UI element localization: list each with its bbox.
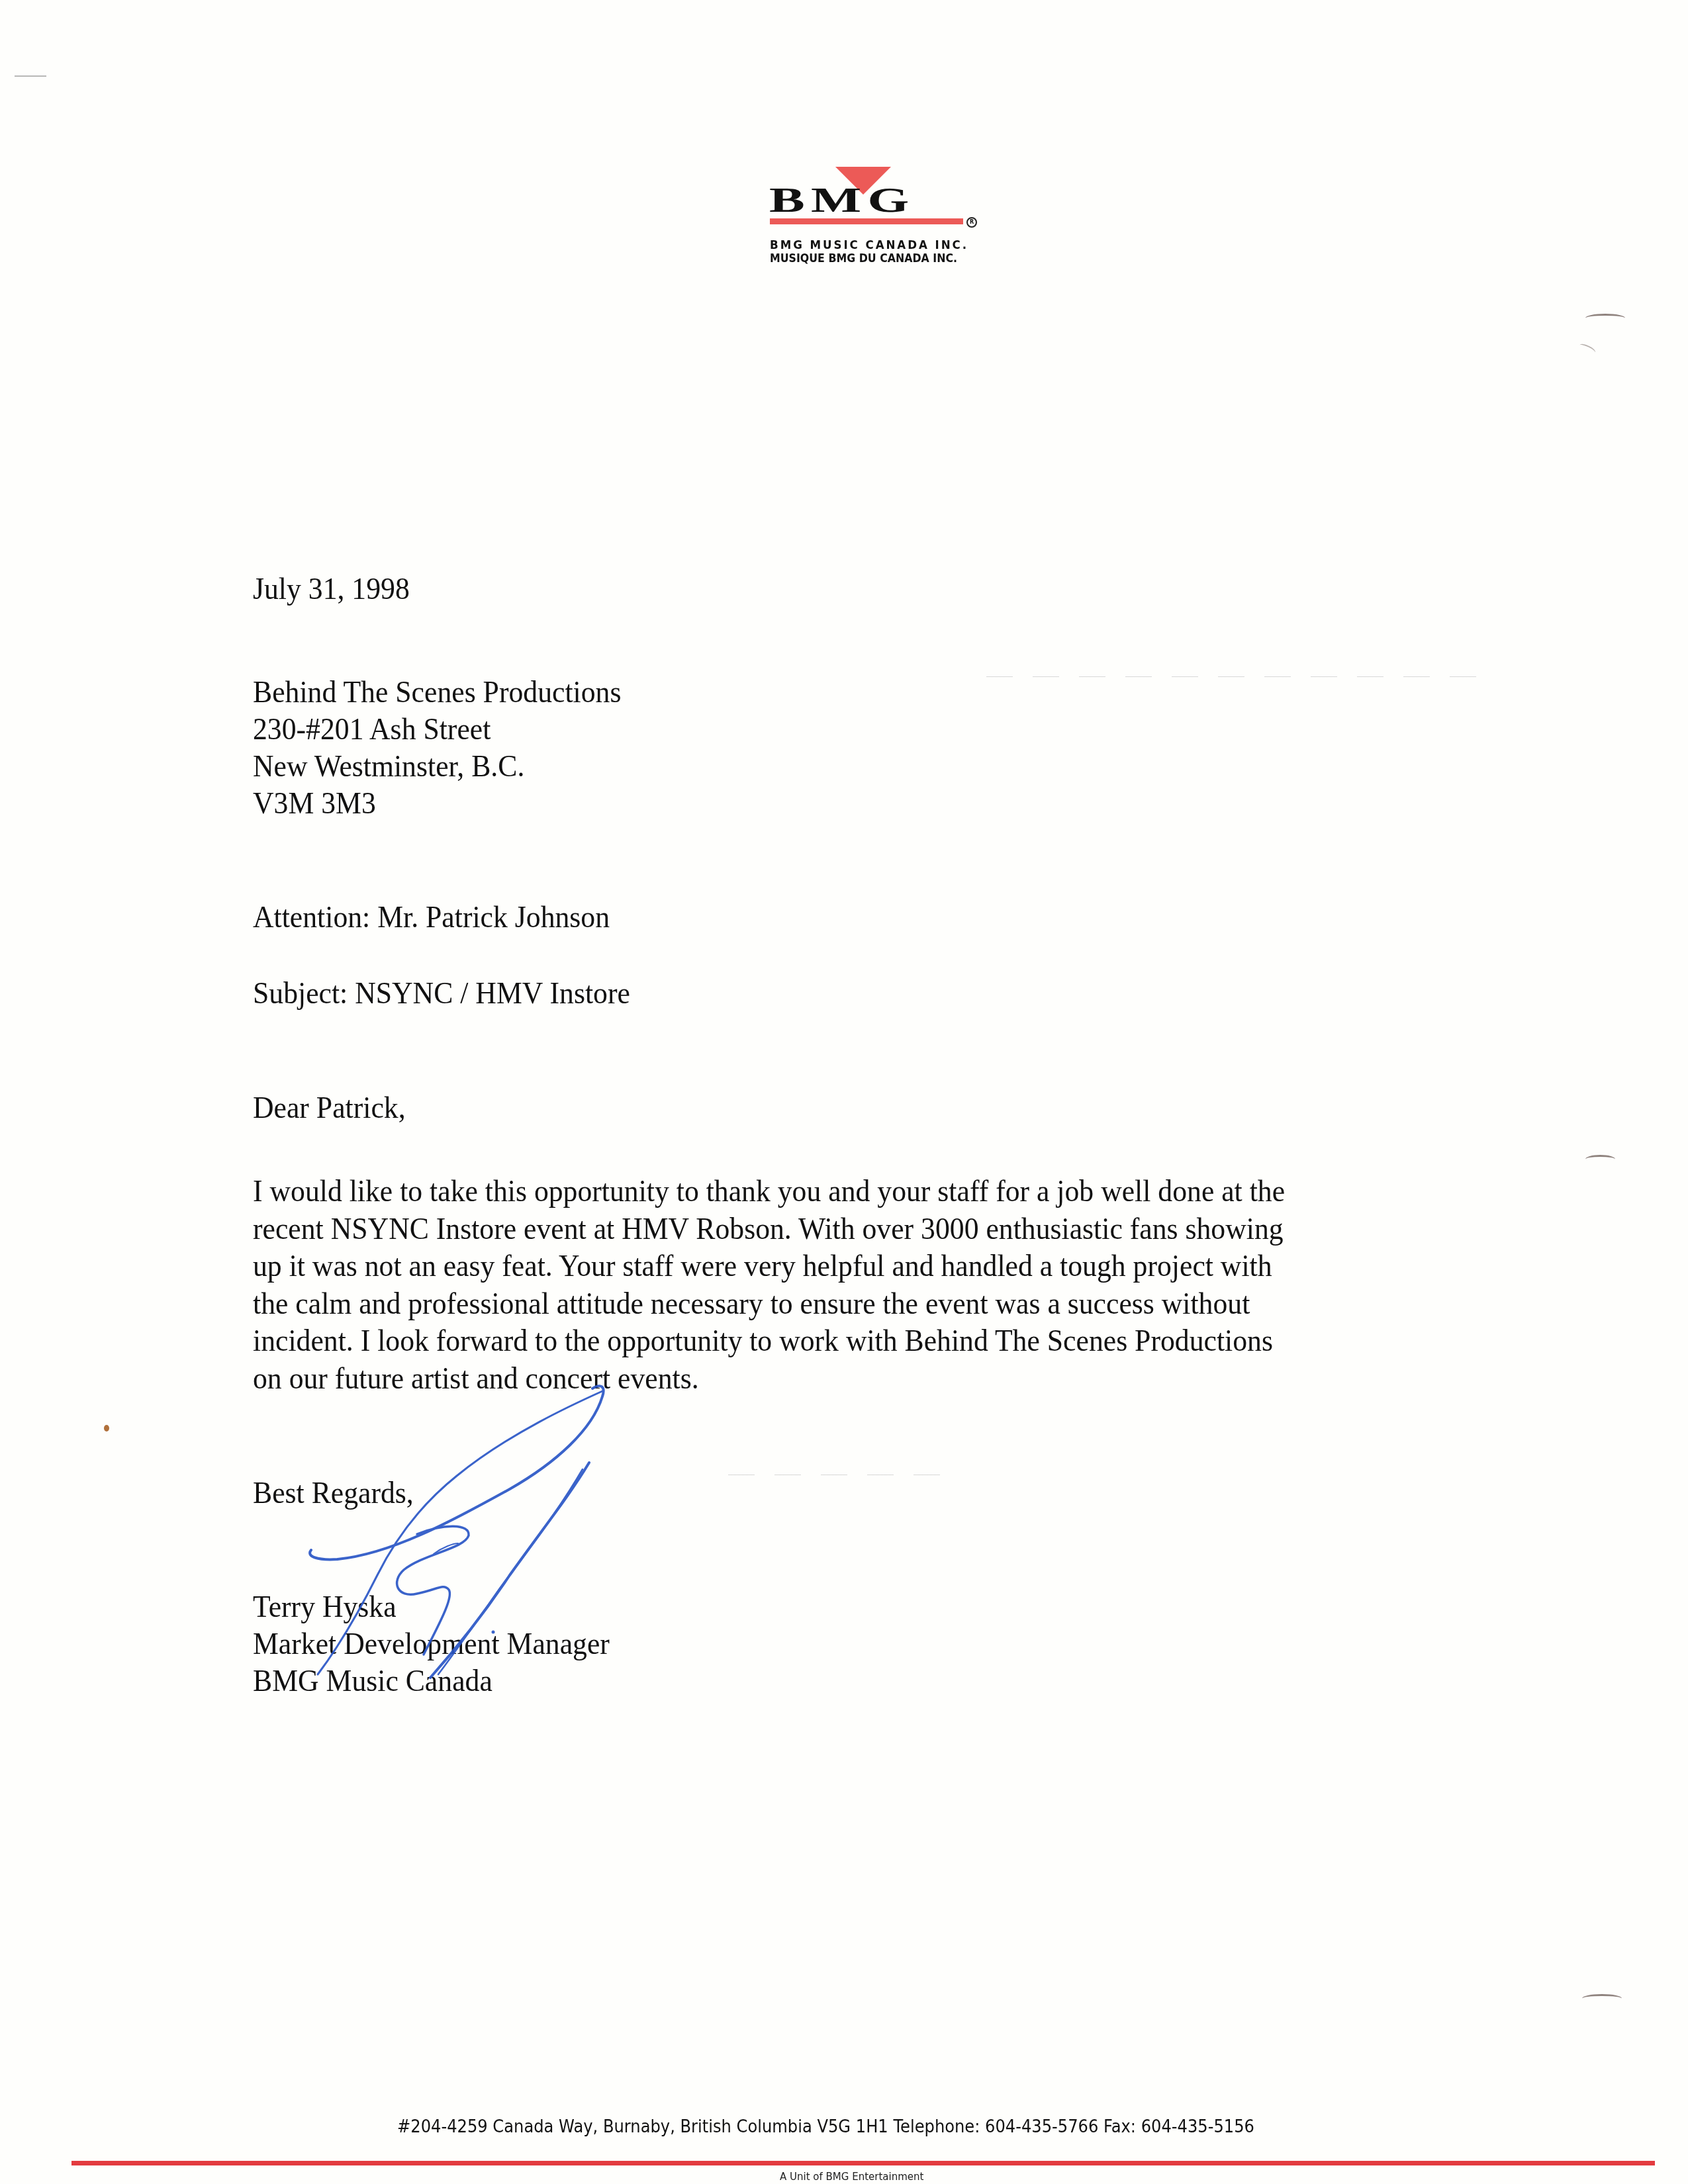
handwritten-signature-icon [291, 1377, 662, 1681]
body-paragraph: I would like to take this opportunity to… [253, 1173, 1285, 1397]
company-name-french: MUSIQUE BMG DU CANADA INC. [770, 253, 955, 265]
punch-hole-mark [1585, 1155, 1615, 1163]
bmg-letterhead-logo: BMG R BMG MUSIC CANADA INC. MUSIQUE BMG … [761, 162, 986, 275]
punch-hole-mark [1585, 314, 1625, 322]
letter-date: July 31, 1998 [253, 570, 410, 608]
salutation: Dear Patrick, [253, 1089, 406, 1126]
body-line: up it was not an easy feat. Your staff w… [253, 1248, 1285, 1285]
body-line: the calm and professional attitude neces… [253, 1285, 1285, 1323]
footer-unit-note: A Unit of BMG Entertainment [780, 2171, 959, 2183]
body-line: incident. I look forward to the opportun… [253, 1322, 1285, 1360]
scan-edge-mark [15, 75, 46, 77]
recipient-company: Behind The Scenes Productions [253, 674, 621, 711]
logo-red-bar [770, 218, 963, 224]
recipient-street: 230-#201 Ash Street [253, 711, 491, 748]
attention-line: Attention: Mr. Patrick Johnson [253, 899, 610, 936]
punch-hole-mark [1582, 1994, 1622, 2003]
punch-hole-mark [1578, 342, 1597, 355]
footer-red-rule [71, 2161, 1655, 2165]
scan-stain-dot [104, 1425, 109, 1432]
footer-company-address: #204-4259 Canada Way, Burnaby, British C… [397, 2116, 1278, 2138]
logo-wordmark: BMG [769, 186, 1069, 216]
recipient-city: New Westminster, B.C. [253, 748, 524, 785]
recipient-postal-code: V3M 3M3 [253, 785, 376, 822]
subject-line: Subject: NSYNC / HMV Instore [253, 975, 630, 1012]
registered-trademark-icon: R [966, 217, 977, 228]
body-line: recent NSYNC Instore event at HMV Robson… [253, 1210, 1285, 1248]
scan-faint-line [986, 676, 1489, 677]
company-name-english: BMG MUSIC CANADA INC. [770, 240, 964, 251]
body-line: I would like to take this opportunity to… [253, 1173, 1285, 1210]
scan-faint-line [728, 1475, 953, 1475]
